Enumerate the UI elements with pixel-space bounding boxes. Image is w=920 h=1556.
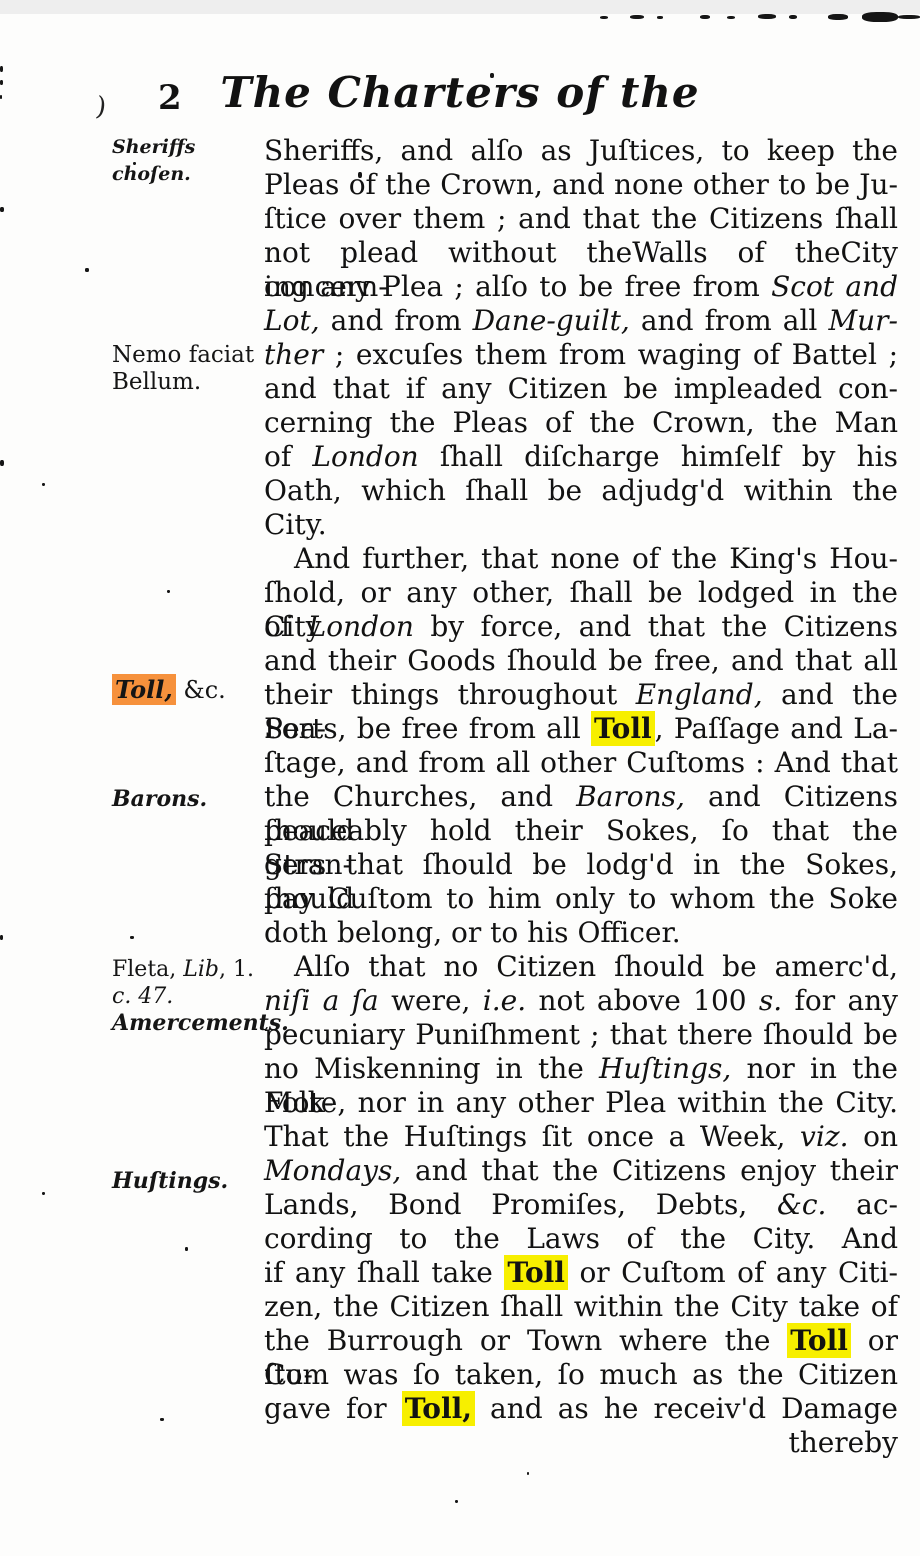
scan-speck: [527, 1472, 529, 1475]
margin-note-line: Toll, &c.: [112, 676, 268, 704]
text-segment: &c.: [176, 676, 226, 704]
text-segment: gave for: [264, 1392, 402, 1425]
text-segment: on: [848, 1120, 898, 1153]
text-segment: doth belong, or to his Officer.: [264, 916, 681, 949]
text-segment: Pleas of the Crown, and none other to be…: [264, 168, 898, 201]
text-segment: Oath, which ſhall be adjudg'd within the: [264, 474, 898, 507]
margin-note-toll: Toll, &c.: [112, 676, 268, 704]
body-line: pecuniary Puniſhment ; that there ſhould…: [264, 1018, 898, 1052]
margin-note-line: Amercements.: [112, 1010, 268, 1037]
body-line: Lands, Bond Promiſes, Debts, &c. ac-: [264, 1188, 898, 1222]
body-line: ſtom was ſo taken, ſo much as the Citize…: [264, 1358, 898, 1392]
body-line: and their Goods ſhould be free, and that…: [264, 644, 898, 678]
margin-note-line: Fleta, Lib, 1.: [112, 956, 268, 983]
margin-note-hustings: Huſtings.: [112, 1168, 268, 1195]
body-line: And further, that none of the King's Hou…: [264, 542, 898, 576]
body-line: Alſo that no Citizen ſhould be amerc'd,: [264, 950, 898, 984]
margin-note-line: Sheriffs choſen.: [112, 134, 268, 188]
scan-speck: [700, 15, 710, 19]
text-segment: ſhall diſcharge himſelf by his: [419, 440, 898, 473]
highlighted-word: Toll: [591, 711, 655, 746]
text-segment: Huſtings,: [599, 1052, 731, 1085]
text-segment: and that the Citizens enjoy their: [401, 1154, 898, 1187]
body-line: ſtage, and from all other Cuſtoms : And …: [264, 746, 898, 780]
text-segment: were,: [379, 984, 483, 1017]
body-line: the Churches, and Barons, and Citizens ſ…: [264, 780, 898, 814]
text-segment: London: [312, 440, 418, 473]
text-segment: Sheriffs choſen.: [112, 136, 195, 185]
margin-note-line: Huſtings.: [112, 1168, 268, 1195]
scan-speck: [657, 16, 663, 19]
body-line: Oath, which ſhall be adjudg'd within the: [264, 474, 898, 508]
body-line: doth belong, or to his Officer.: [264, 916, 898, 950]
scan-speck: [167, 590, 170, 593]
text-segment: Dane-guilt,: [473, 304, 630, 337]
body-line: Ports, be free from all Toll, Paſſage an…: [264, 712, 898, 746]
text-segment: and from: [320, 304, 473, 337]
highlighted-word: Toll: [504, 1255, 568, 1290]
text-segment: ther: [264, 338, 323, 371]
text-segment: Amercements.: [112, 1010, 289, 1036]
scan-speck: [0, 207, 4, 212]
text-segment: Huſtings.: [112, 1168, 228, 1194]
scan-speck: [185, 1247, 188, 1251]
highlighted-word: Toll,: [402, 1391, 475, 1426]
text-segment: and as he receiv'd Damage: [475, 1392, 898, 1425]
scan-speck: [758, 14, 776, 19]
body-line: ing any Plea ; alſo to be free from Scot…: [264, 270, 898, 304]
scan-speck: [455, 1500, 458, 1503]
text-segment: Lib: [183, 957, 219, 982]
text-segment: and from all: [630, 304, 829, 337]
text-segment: Lands, Bond Promiſes, Debts,: [264, 1188, 777, 1221]
highlighted-word: Toll,: [112, 674, 176, 705]
scan-speck: [898, 15, 920, 19]
text-segment: and that if any Citizen be impleaded con…: [264, 372, 898, 405]
text-segment: s.: [759, 984, 782, 1017]
text-segment: no Miskenning in the: [264, 1052, 599, 1085]
text-segment: Mondays,: [264, 1154, 401, 1187]
body-line: their things throughout England, and the…: [264, 678, 898, 712]
text-segment: cerning the Pleas of the Crown, the Man: [264, 406, 898, 439]
text-segment: for any: [782, 984, 898, 1017]
text-segment: Bellum.: [112, 369, 201, 395]
margin-note-line: c. 47.: [112, 983, 268, 1010]
text-segment: zen, the Citizen ſhall within the City t…: [264, 1290, 898, 1323]
scan-speck: [85, 268, 89, 272]
body-line: Mote, nor in any other Plea within the C…: [264, 1086, 898, 1120]
body-line: of London ſhall diſcharge himſelf by his: [264, 440, 898, 474]
text-segment: the Burrough or Town where the: [264, 1324, 787, 1357]
text-segment: Scot and: [771, 270, 898, 303]
body-line: if any ſhall take Toll or Cuſtom of any …: [264, 1256, 898, 1290]
body-line: Pleas of the Crown, and none other to be…: [264, 168, 898, 202]
highlighted-word: Toll: [787, 1323, 851, 1358]
body-line: and that if any Citizen be impleaded con…: [264, 372, 898, 406]
body-line: peaceably hold their Sokes, ſo that the …: [264, 814, 898, 848]
scan-speck: [0, 460, 4, 466]
text-segment: &c.: [777, 1188, 827, 1221]
text-segment: niſi a ſa: [264, 984, 379, 1017]
text-segment: pecuniary Puniſhment ; that there ſhould…: [264, 1018, 898, 1051]
text-segment: if any ſhall take: [264, 1256, 504, 1289]
body-line: no Miskenning in the Huſtings, nor in th…: [264, 1052, 898, 1086]
text-segment: their things throughout: [264, 678, 636, 711]
body-line: ther ; excuſes them from waging of Batte…: [264, 338, 898, 372]
body-line: cerning the Pleas of the Crown, the Man: [264, 406, 898, 440]
body-line: ſhold, or any other, ſhall be lodged in …: [264, 576, 898, 610]
margin-note-barons: Barons.: [112, 786, 268, 813]
text-segment: ſtom was ſo taken, ſo much as the Citize…: [264, 1358, 898, 1391]
running-title: The Charters of the: [0, 68, 920, 117]
body-text: Sheriffs, and alſo as Juſtices, to keep …: [264, 134, 898, 1460]
text-segment: ſtage, and from all other Cuſtoms : And …: [264, 746, 898, 779]
margin-note-fleta: Fleta, Lib, 1.c. 47.Amercements.: [112, 956, 268, 1037]
scan-speck: [600, 16, 608, 19]
text-segment: Alſo that no Citizen ſhould be amerc'd,: [294, 950, 898, 983]
scan-speck: [42, 483, 45, 486]
text-segment: the Churches, and: [264, 780, 576, 813]
text-segment: by force, and that the Citizens: [414, 610, 898, 643]
margin-note-line: Barons.: [112, 786, 268, 813]
text-segment: ; excuſes them from waging of Battel ;: [323, 338, 898, 371]
scan-speck: [160, 1418, 164, 1421]
body-line: gave for Toll, and as he receiv'd Damage: [264, 1392, 898, 1426]
body-line: zen, the Citizen ſhall within the City t…: [264, 1290, 898, 1324]
text-segment: City.: [264, 508, 327, 541]
text-segment: of: [264, 440, 312, 473]
text-segment: Mote, nor in any other Plea within the C…: [264, 1086, 898, 1119]
text-segment: Lot,: [264, 304, 320, 337]
text-segment: Nemo faciat: [112, 342, 254, 368]
body-line: Sheriffs, and alſo as Juſtices, to keep …: [264, 134, 898, 168]
scan-speck: [0, 935, 3, 940]
text-segment: ac-: [826, 1188, 898, 1221]
text-segment: pay Cuſtom to him only to whom the Soke: [264, 882, 898, 915]
body-line: thereby: [264, 1426, 898, 1460]
text-segment: That the Huſtings ſit once a Week,: [264, 1120, 800, 1153]
text-segment: ing any Plea ; alſo to be free from: [264, 270, 771, 303]
text-segment: Fleta,: [112, 957, 183, 982]
body-line: not plead without theWalls of theCity co…: [264, 236, 898, 270]
scanned-book-page: ) 2 The Charters of the Sheriffs choſen.…: [0, 0, 920, 1556]
scan-speck: [828, 14, 848, 20]
text-segment: c. 47.: [112, 984, 173, 1009]
text-segment: Mur-: [828, 304, 898, 337]
text-segment: not above 100: [526, 984, 759, 1017]
scanner-edge-band: [0, 0, 920, 14]
margin-note-nemo: Nemo faciatBellum.: [112, 342, 268, 396]
text-segment: ſtice over them ; and that the Citizens …: [264, 202, 898, 235]
text-segment: thereby: [788, 1426, 898, 1459]
margin-note-line: Nemo faciat: [112, 342, 268, 369]
text-segment: Sheriffs, and alſo as Juſtices, to keep …: [264, 134, 898, 167]
body-line: pay Cuſtom to him only to whom the Soke: [264, 882, 898, 916]
scan-speck: [630, 15, 644, 19]
body-line: City.: [264, 508, 898, 542]
body-line: the Burrough or Town where the Toll or C…: [264, 1324, 898, 1358]
text-segment: Ports, be free from all: [264, 712, 591, 745]
body-line: ſtice over them ; and that the Citizens …: [264, 202, 898, 236]
scan-speck: [42, 1192, 45, 1195]
text-segment: Barons,: [576, 780, 685, 813]
text-segment: or Cuſtom of any Citi-: [568, 1256, 898, 1289]
body-line: Lot, and from Dane-guilt, and from all M…: [264, 304, 898, 338]
body-line: cording to the Laws of the City. And: [264, 1222, 898, 1256]
text-segment: cording to the Laws of the City. And: [264, 1222, 898, 1255]
text-segment: Barons.: [112, 786, 207, 812]
text-segment: and their Goods ſhould be free, and that…: [264, 644, 898, 677]
body-line: niſi a ſa were, i.e. not above 100 s. fo…: [264, 984, 898, 1018]
scan-speck: [130, 936, 134, 939]
text-segment: England,: [636, 678, 763, 711]
text-segment: And further, that none of the King's Hou…: [294, 542, 898, 575]
text-segment: viz.: [800, 1120, 848, 1153]
scan-speck: [789, 15, 797, 19]
margin-note-sheriffs: Sheriffs choſen.: [112, 134, 268, 188]
text-segment: , Paſſage and La-: [655, 712, 898, 745]
margin-note-line: Bellum.: [112, 369, 268, 396]
scan-speck: [862, 12, 898, 22]
text-segment: London: [308, 610, 414, 643]
text-segment: i.e.: [483, 984, 526, 1017]
body-line: That the Huſtings ſit once a Week, viz. …: [264, 1120, 898, 1154]
body-line: Mondays, and that the Citizens enjoy the…: [264, 1154, 898, 1188]
text-segment: , 1.: [219, 957, 254, 982]
body-line: of London by force, and that the Citizen…: [264, 610, 898, 644]
text-segment: of: [264, 610, 308, 643]
scan-speck: [727, 16, 735, 19]
body-line: gers that ſhould be lodg'd in the Sokes,…: [264, 848, 898, 882]
